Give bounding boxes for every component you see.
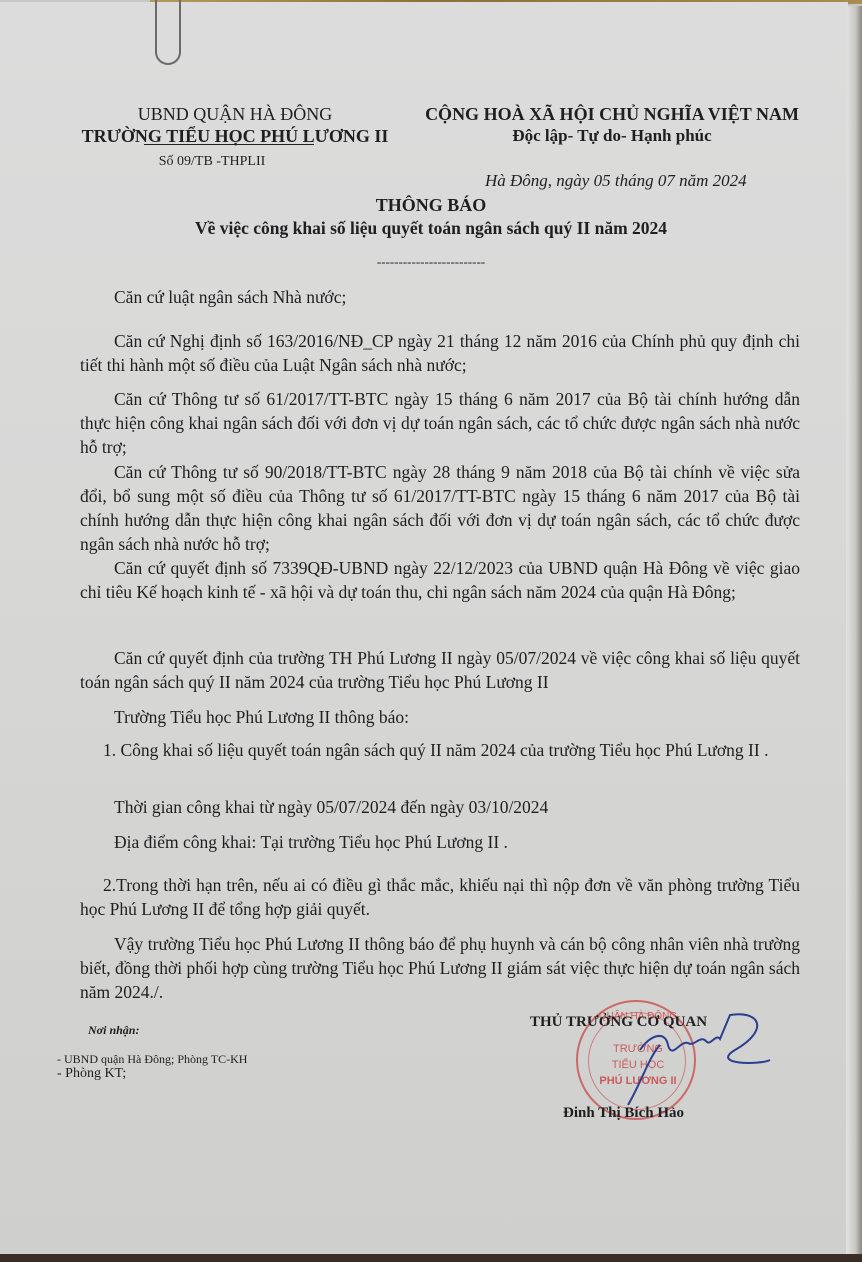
paragraph-legal-basis-1: Căn cứ luật ngân sách Nhà nước; — [80, 285, 800, 309]
paragraph-legal-basis-3: Căn cứ Thông tư số 61/2017/TT-BTC ngày 1… — [80, 387, 800, 459]
paragraph-announce: Trường Tiểu học Phú Lương II thông báo: — [80, 705, 800, 729]
paper-clip-icon — [155, 0, 181, 65]
country-name: CỘNG HOÀ XÃ HỘI CHỦ NGHĨA VIỆT NAM — [412, 103, 812, 125]
title-divider: ------------------------- — [0, 252, 862, 272]
issuer-parent: UBND QUẬN HÀ ĐÔNG — [60, 103, 410, 125]
motto: Độc lập- Tự do- Hạnh phúc — [412, 125, 812, 147]
item-1-location: Địa điểm công khai: Tại trường Tiểu học … — [80, 830, 800, 854]
doc-title: THÔNG BÁO — [0, 195, 862, 215]
doc-number: Số 09/TB -THPLII — [14, 151, 410, 173]
paragraph-legal-basis-4: Căn cứ Thông tư số 90/2018/TT-BTC ngày 2… — [80, 460, 800, 556]
issuer-school: TRƯỜNG TIỂU HỌC PHÚ LƯƠNG II — [60, 125, 410, 147]
table-surface — [0, 1254, 862, 1262]
signer-name: Đinh Thị Bích Hảo — [563, 1103, 684, 1123]
issuer-underline — [144, 144, 314, 145]
doc-subtitle: Về việc công khai số liệu quyết toán ngâ… — [0, 218, 862, 238]
paper-stack-edge — [846, 6, 862, 1256]
item-2: 2.Trong thời hạn trên, nếu ai có điều gì… — [80, 873, 800, 921]
paragraph-closing: Vậy trường Tiểu học Phú Lương II thông b… — [80, 932, 800, 1004]
paragraph-legal-basis-5: Căn cứ quyết định số 7339QĐ-UBND ngày 22… — [80, 556, 800, 604]
issuer-block: UBND QUẬN HÀ ĐÔNG TRƯỜNG TIỂU HỌC PHÚ LƯ… — [60, 103, 410, 173]
place-date: Hà Đông, ngày 05 tháng 07 năm 2024 — [485, 171, 747, 191]
item-1-period: Thời gian công khai từ ngày 05/07/2024 đ… — [80, 795, 800, 819]
recipient-item: - Phòng KT; — [57, 1064, 126, 1084]
handwritten-signature-icon — [620, 1005, 780, 1115]
paragraph-legal-basis-2: Căn cứ Nghị định số 163/2016/NĐ_CP ngày … — [80, 329, 800, 377]
recipients-label: Nơi nhận: — [88, 1020, 139, 1040]
national-motto-block: CỘNG HOÀ XÃ HỘI CHỦ NGHĨA VIỆT NAM Độc l… — [412, 103, 812, 147]
item-1: 1. Công khai số liệu quyết toán ngân sác… — [80, 738, 800, 762]
paragraph-legal-basis-6: Căn cứ quyết định của trường TH Phú Lươn… — [80, 646, 800, 694]
